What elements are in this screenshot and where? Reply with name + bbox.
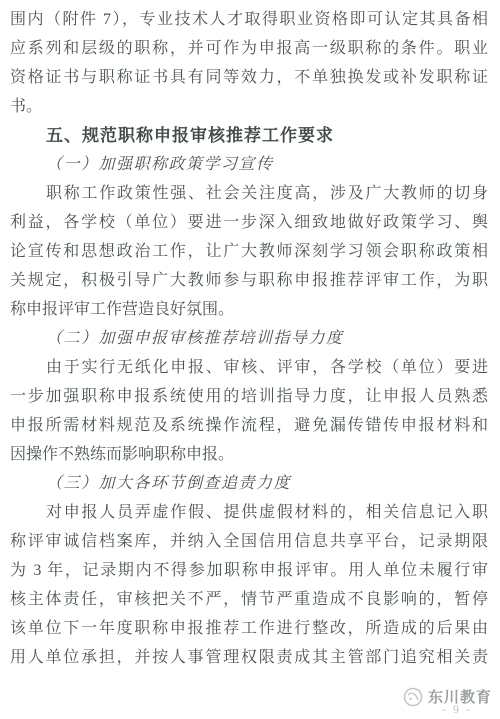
body-line: 资格证书与职称证书具有同等效力，不单独换发或补发职称证: [10, 63, 488, 92]
body-line: 用人单位承担，并按人事管理权限责成其主管部门追究相关责: [10, 643, 488, 672]
body-line: 关规定，积极引导广大教师参与职称申报推荐评审工作，为职: [10, 266, 488, 295]
body-line: 围内（附件 7），专业技术人才取得职业资格即可认定其具备相: [10, 5, 488, 34]
watermark-label: 东川教育: [428, 686, 492, 707]
body-line: 由于实行无纸化申报、审核、评审，各学校（单位）要进: [10, 353, 488, 382]
section-heading: 五、规范职称申报审核推荐工作要求: [10, 121, 488, 150]
watermark-logo-icon: [403, 687, 423, 707]
body-line: 因操作不熟练而影响职称申报。: [10, 440, 488, 469]
body-line: 称申报评审工作营造良好氛围。: [10, 295, 488, 324]
body-line: 书。: [10, 92, 488, 121]
body-line: 该单位下一年度职称申报推荐工作进行整改，所造成的后果由: [10, 614, 488, 643]
body-line: 应系列和层级的职称，并可作为申报高一级职称的条件。职业: [10, 34, 488, 63]
document-page: 围内（附件 7），专业技术人才取得职业资格即可认定其具备相 应系列和层级的职称，…: [10, 5, 488, 672]
body-line: 核主体责任，审核把关不严，情节严重造成不良影响的，暂停: [10, 585, 488, 614]
subheading-3: （三）加大各环节倒查追责力度: [10, 469, 488, 498]
body-line: 一步加强职称申报系统使用的培训指导力度，让申报人员熟悉: [10, 382, 488, 411]
body-line: 申报所需材料规范及系统操作流程，避免漏传错传申报材料和: [10, 411, 488, 440]
subheading-1: （一）加强职称政策学习宣传: [10, 150, 488, 179]
body-line: 利益，各学校（单位）要进一步深入细致地做好政策学习、舆: [10, 208, 488, 237]
watermark: 东川教育: [403, 686, 492, 707]
body-line: 论宣传和思想政治工作，让广大教师深刻学习领会职称政策相: [10, 237, 488, 266]
body-line: 称评审诚信档案库，并纳入全国信用信息共享平台，记录期限: [10, 527, 488, 556]
body-line: 职称工作政策性强、社会关注度高，涉及广大教师的切身: [10, 179, 488, 208]
body-line: 为 3 年，记录期内不得参加职称申报评审。用人单位未履行审: [10, 556, 488, 585]
subheading-2: （二）加强申报审核推荐培训指导力度: [10, 324, 488, 353]
body-line: 对申报人员弄虚作假、提供虚假材料的，相关信息记入职: [10, 498, 488, 527]
